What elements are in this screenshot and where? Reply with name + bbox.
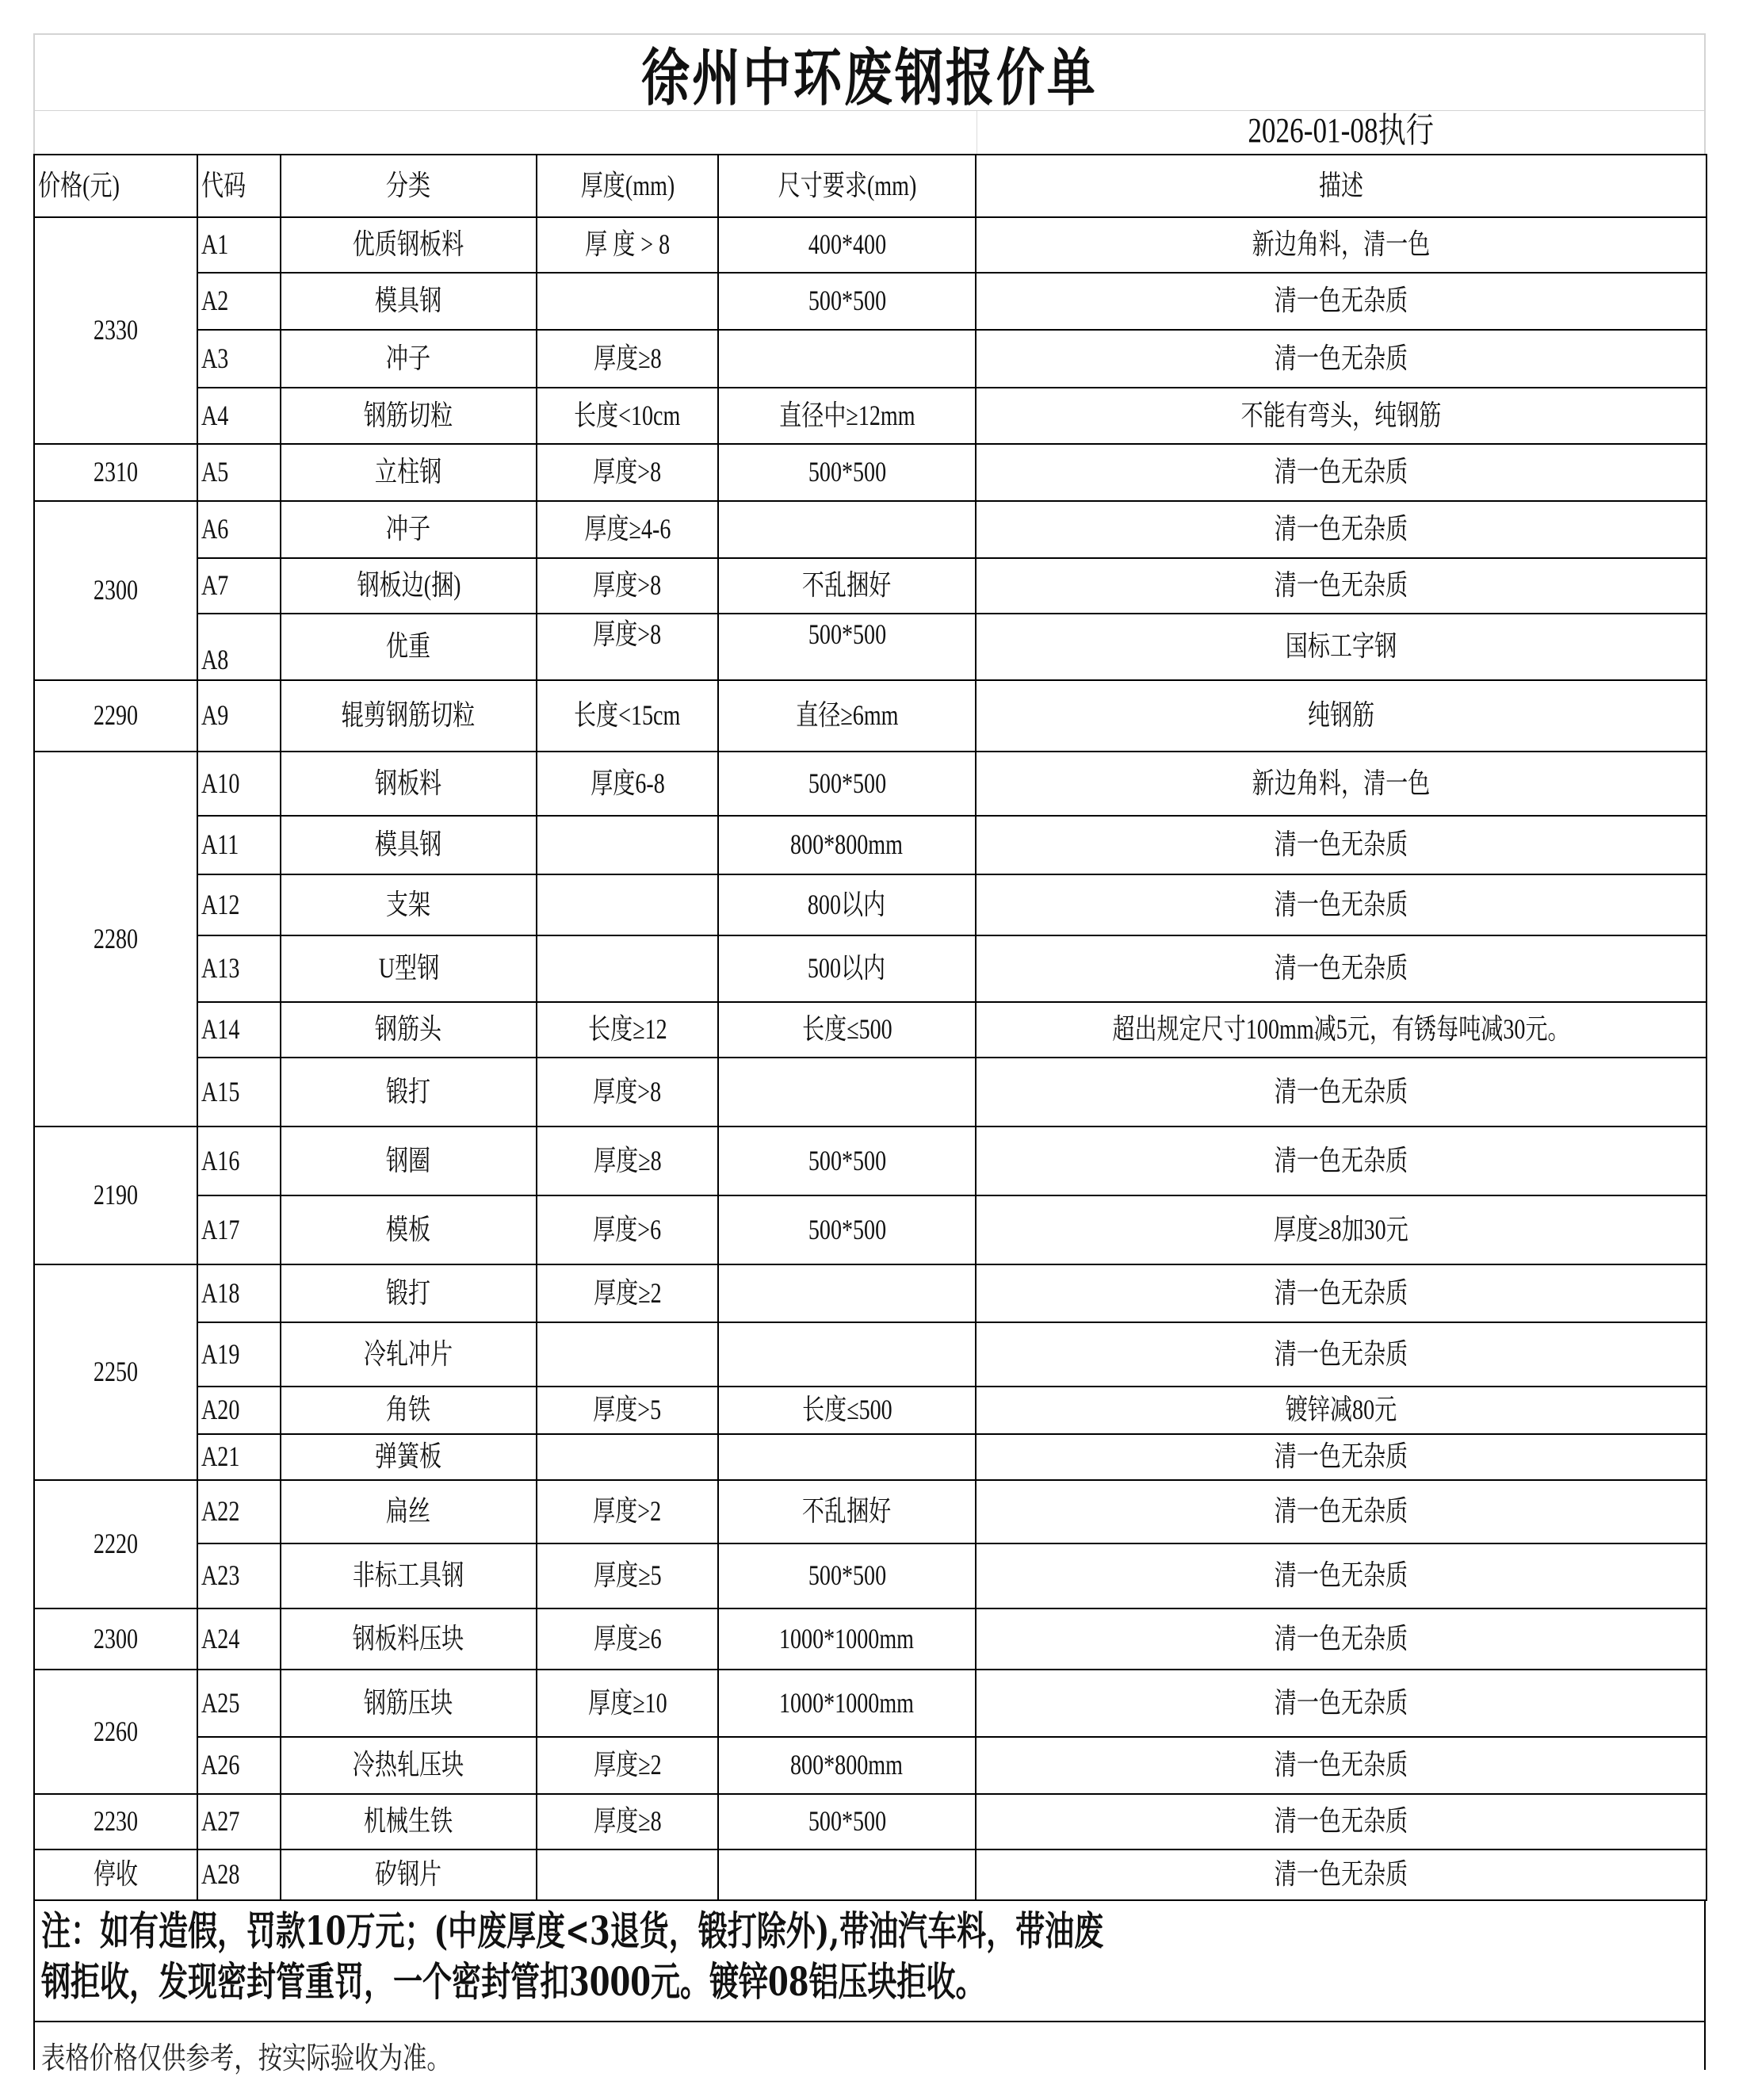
code-cell: A16 [197, 1127, 281, 1195]
description-cell: 清一色无杂质 [976, 816, 1707, 874]
description-cell: 清一色无杂质 [976, 558, 1707, 614]
price-sheet: 徐州中环废钢报价单 2026-01-08执行 价格(元) 代码 分类 厚度(mm… [33, 33, 1706, 2070]
description-cell: 清一色无杂质 [976, 1543, 1707, 1608]
size-cell [718, 1264, 976, 1322]
date-row: 2026-01-08执行 [33, 111, 1706, 154]
description-cell: 镀锌减80元 [976, 1387, 1707, 1434]
category-cell: 矽钢片 [281, 1849, 537, 1900]
code-cell: A1 [197, 217, 281, 273]
price-cell: 停收 [34, 1849, 197, 1900]
description-cell: 纯钢筋 [976, 680, 1707, 752]
size-cell [718, 330, 976, 388]
category-cell: 角铁 [281, 1387, 537, 1434]
size-cell [718, 1058, 976, 1127]
description-cell: 清一色无杂质 [976, 1127, 1707, 1195]
table-row: 2290A9辊剪钢筋切粒长度<15cm直径≥6mm纯钢筋 [34, 680, 1707, 752]
category-cell: 钢板边(捆) [281, 558, 537, 614]
thickness-cell: 厚度>8 [537, 444, 718, 501]
table-row: A4钢筋切粒长度<10cm直径中≥12mm不能有弯头，纯钢筋 [34, 388, 1707, 444]
table-row: A17模板厚度>6500*500厚度≥8加30元 [34, 1195, 1707, 1264]
description-cell: 清一色无杂质 [976, 1737, 1707, 1794]
code-cell: A19 [197, 1322, 281, 1387]
thickness-cell [537, 874, 718, 935]
thickness-cell: 厚度≥2 [537, 1264, 718, 1322]
size-cell: 不乱捆好 [718, 1480, 976, 1543]
thickness-cell: 厚度≥8 [537, 1127, 718, 1195]
category-cell: 锻打 [281, 1058, 537, 1127]
code-cell: A26 [197, 1737, 281, 1794]
description-cell: 清一色无杂质 [976, 1058, 1707, 1127]
date-row-right: 2026-01-08执行 [977, 111, 1704, 154]
description-cell: 不能有弯头，纯钢筋 [976, 388, 1707, 444]
size-cell [718, 501, 976, 558]
size-cell: 1000*1000mm [718, 1670, 976, 1737]
thickness-cell: 厚度≥8 [537, 1794, 718, 1849]
code-cell: A6 [197, 501, 281, 558]
price-cell: 2250 [34, 1264, 197, 1480]
footer-disclaimer: 表格价格仅供参考，按实际验收为准。 [41, 2033, 451, 2077]
price-cell: 2300 [34, 501, 197, 680]
size-cell: 500*500 [718, 1794, 976, 1849]
date-row-blank [35, 111, 977, 154]
code-cell: A23 [197, 1543, 281, 1608]
code-cell: A17 [197, 1195, 281, 1264]
description-cell: 清一色无杂质 [976, 1434, 1707, 1480]
price-cell: 2230 [34, 1794, 197, 1849]
code-cell: A13 [197, 935, 281, 1002]
description-cell: 清一色无杂质 [976, 501, 1707, 558]
header-description: 描述 [976, 155, 1707, 217]
price-cell: 2260 [34, 1670, 197, 1794]
header-thickness: 厚度(mm) [537, 155, 718, 217]
size-cell [718, 1322, 976, 1387]
table-row: A8优重厚度>8500*500国标工字钢 [34, 614, 1707, 680]
price-table-body: 价格(元) 代码 分类 厚度(mm) 尺寸要求(mm) 描述 2330A1优质钢… [34, 155, 1707, 1900]
page-title: 徐州中环废钢报价单 [641, 29, 1098, 117]
table-row: 2190A16钢圈厚度≥8500*500清一色无杂质 [34, 1127, 1707, 1195]
code-cell: A21 [197, 1434, 281, 1480]
thickness-cell: 厚 度 > 8 [537, 217, 718, 273]
category-cell: 模具钢 [281, 273, 537, 330]
table-row: A26冷热轧压块厚度≥2800*800mm清一色无杂质 [34, 1737, 1707, 1794]
thickness-cell [537, 273, 718, 330]
size-cell: 500*500 [718, 444, 976, 501]
size-cell: 500*500 [718, 1543, 976, 1608]
size-cell: 800*800mm [718, 1737, 976, 1794]
thickness-cell: 厚度≥4-6 [537, 501, 718, 558]
category-cell: 钢筋压块 [281, 1670, 537, 1737]
table-header-row: 价格(元) 代码 分类 厚度(mm) 尺寸要求(mm) 描述 [34, 155, 1707, 217]
category-cell: 钢板料 [281, 752, 537, 816]
code-cell: A22 [197, 1480, 281, 1543]
description-cell: 新边角料，清一色 [976, 217, 1707, 273]
description-cell: 清一色无杂质 [976, 1608, 1707, 1670]
category-cell: 钢圈 [281, 1127, 537, 1195]
table-row: 2330A1优质钢板料厚 度 > 8400*400新边角料，清一色 [34, 217, 1707, 273]
header-price: 价格(元) [34, 155, 197, 217]
description-cell: 清一色无杂质 [976, 935, 1707, 1002]
size-cell: 800*800mm [718, 816, 976, 874]
price-cell: 2290 [34, 680, 197, 752]
table-row: A20角铁厚度>5长度≤500镀锌减80元 [34, 1387, 1707, 1434]
table-row: A23非标工具钢厚度≥5500*500清一色无杂质 [34, 1543, 1707, 1608]
thickness-cell: 厚度>5 [537, 1387, 718, 1434]
thickness-cell: 厚度>8 [537, 614, 718, 680]
code-cell: A15 [197, 1058, 281, 1127]
thickness-cell: 厚度≥10 [537, 1670, 718, 1737]
category-cell: 扁丝 [281, 1480, 537, 1543]
description-cell: 厚度≥8加30元 [976, 1195, 1707, 1264]
table-row: A15锻打厚度>8清一色无杂质 [34, 1058, 1707, 1127]
category-cell: 钢板料压块 [281, 1608, 537, 1670]
size-cell [718, 1434, 976, 1480]
table-row: A13U型钢500以内清一色无杂质 [34, 935, 1707, 1002]
category-cell: 锻打 [281, 1264, 537, 1322]
thickness-cell: 厚度≥5 [537, 1543, 718, 1608]
size-cell: 800以内 [718, 874, 976, 935]
table-row: A21弹簧板清一色无杂质 [34, 1434, 1707, 1480]
description-cell: 清一色无杂质 [976, 1322, 1707, 1387]
table-row: A2模具钢500*500清一色无杂质 [34, 273, 1707, 330]
price-cell: 2190 [34, 1127, 197, 1264]
thickness-cell: 厚度≥2 [537, 1737, 718, 1794]
description-cell: 清一色无杂质 [976, 1480, 1707, 1543]
thickness-cell: 厚度≥8 [537, 330, 718, 388]
category-cell: 弹簧板 [281, 1434, 537, 1480]
thickness-cell: 长度<10cm [537, 388, 718, 444]
header-code: 代码 [197, 155, 281, 217]
table-row: 停收A28矽钢片清一色无杂质 [34, 1849, 1707, 1900]
category-cell: 机械生铁 [281, 1794, 537, 1849]
table-row: 2310A5立柱钢厚度>8500*500清一色无杂质 [34, 444, 1707, 501]
thickness-cell: 厚度6-8 [537, 752, 718, 816]
price-cell: 2280 [34, 752, 197, 1127]
size-cell: 500*500 [718, 1127, 976, 1195]
thickness-cell [537, 816, 718, 874]
size-cell: 长度≤500 [718, 1387, 976, 1434]
description-cell: 清一色无杂质 [976, 273, 1707, 330]
note-box: 注：如有造假，罚款10万元；(中废厚度<3退货，锻打除外),带油汽车料，带油废 … [33, 1901, 1706, 2022]
table-row: A12支架800以内清一色无杂质 [34, 874, 1707, 935]
code-cell: A2 [197, 273, 281, 330]
category-cell: 辊剪钢筋切粒 [281, 680, 537, 752]
description-cell: 清一色无杂质 [976, 874, 1707, 935]
category-cell: 钢筋切粒 [281, 388, 537, 444]
category-cell: 优质钢板料 [281, 217, 537, 273]
size-cell: 直径中≥12mm [718, 388, 976, 444]
description-cell: 清一色无杂质 [976, 330, 1707, 388]
price-cell: 2310 [34, 444, 197, 501]
code-cell: A11 [197, 816, 281, 874]
header-category: 分类 [281, 155, 537, 217]
category-cell: 立柱钢 [281, 444, 537, 501]
code-cell: A10 [197, 752, 281, 816]
description-cell: 清一色无杂质 [976, 1794, 1707, 1849]
size-cell: 1000*1000mm [718, 1608, 976, 1670]
category-cell: U型钢 [281, 935, 537, 1002]
code-cell: A20 [197, 1387, 281, 1434]
code-cell: A3 [197, 330, 281, 388]
code-cell: A18 [197, 1264, 281, 1322]
table-row: 2280A10钢板料厚度6-8500*500新边角料，清一色 [34, 752, 1707, 816]
table-row: 2250A18锻打厚度≥2清一色无杂质 [34, 1264, 1707, 1322]
category-cell: 冷热轧压块 [281, 1737, 537, 1794]
thickness-cell [537, 1434, 718, 1480]
size-cell: 不乱捆好 [718, 558, 976, 614]
table-row: A14钢筋头长度≥12长度≤500超出规定尺寸100mm减5元，有锈每吨减30元… [34, 1002, 1707, 1058]
size-cell: 直径≥6mm [718, 680, 976, 752]
code-cell: A25 [197, 1670, 281, 1737]
thickness-cell: 长度<15cm [537, 680, 718, 752]
thickness-cell [537, 935, 718, 1002]
table-row: 2260A25钢筋压块厚度≥101000*1000mm清一色无杂质 [34, 1670, 1707, 1737]
code-cell: A14 [197, 1002, 281, 1058]
description-cell: 国标工字钢 [976, 614, 1707, 680]
price-table: 价格(元) 代码 分类 厚度(mm) 尺寸要求(mm) 描述 2330A1优质钢… [33, 154, 1707, 1901]
code-cell: A27 [197, 1794, 281, 1849]
thickness-cell: 厚度>8 [537, 558, 718, 614]
code-cell: A4 [197, 388, 281, 444]
thickness-cell [537, 1849, 718, 1900]
size-cell: 500*500 [718, 614, 976, 680]
code-cell: A28 [197, 1849, 281, 1900]
note-line-2: 钢拒收，发现密封管重罚，一个密封管扣3000元。镀锌08铝压块拒收。 [41, 1957, 1267, 2007]
category-cell: 支架 [281, 874, 537, 935]
thickness-cell: 长度≥12 [537, 1002, 718, 1058]
category-cell: 冷轧冲片 [281, 1322, 537, 1387]
table-row: 2300A6冲子厚度≥4-6清一色无杂质 [34, 501, 1707, 558]
category-cell: 模板 [281, 1195, 537, 1264]
category-cell: 模具钢 [281, 816, 537, 874]
category-cell: 冲子 [281, 501, 537, 558]
description-cell: 超出规定尺寸100mm减5元，有锈每吨减30元。 [976, 1002, 1707, 1058]
size-cell: 500*500 [718, 752, 976, 816]
header-size: 尺寸要求(mm) [718, 155, 976, 217]
thickness-cell: 厚度≥6 [537, 1608, 718, 1670]
thickness-cell: 厚度>8 [537, 1058, 718, 1127]
size-cell [718, 1849, 976, 1900]
code-cell: A9 [197, 680, 281, 752]
code-cell: A7 [197, 558, 281, 614]
category-cell: 冲子 [281, 330, 537, 388]
size-cell: 长度≤500 [718, 1002, 976, 1058]
size-cell: 500*500 [718, 273, 976, 330]
code-cell: A5 [197, 444, 281, 501]
table-row: 2220A22扁丝厚度>2不乱捆好清一色无杂质 [34, 1480, 1707, 1543]
table-row: A19冷轧冲片清一色无杂质 [34, 1322, 1707, 1387]
thickness-cell: 厚度>6 [537, 1195, 718, 1264]
table-row: A3冲子厚度≥8清一色无杂质 [34, 330, 1707, 388]
price-cell: 2220 [34, 1480, 197, 1608]
table-row: 2230A27机械生铁厚度≥8500*500清一色无杂质 [34, 1794, 1707, 1849]
category-cell: 非标工具钢 [281, 1543, 537, 1608]
description-cell: 清一色无杂质 [976, 1849, 1707, 1900]
description-cell: 清一色无杂质 [976, 1264, 1707, 1322]
thickness-cell: 厚度>2 [537, 1480, 718, 1543]
code-cell: A8 [197, 614, 281, 680]
description-cell: 清一色无杂质 [976, 1670, 1707, 1737]
code-cell: A12 [197, 874, 281, 935]
effective-date: 2026-01-08执行 [1248, 101, 1434, 152]
size-cell: 500以内 [718, 935, 976, 1002]
size-cell: 500*500 [718, 1195, 976, 1264]
price-cell: 2300 [34, 1608, 197, 1670]
code-cell: A24 [197, 1608, 281, 1670]
description-cell: 清一色无杂质 [976, 444, 1707, 501]
description-cell: 新边角料，清一色 [976, 752, 1707, 816]
footer: 表格价格仅供参考，按实际验收为准。 [33, 2022, 1706, 2070]
price-cell: 2330 [34, 217, 197, 444]
size-cell: 400*400 [718, 217, 976, 273]
thickness-cell [537, 1322, 718, 1387]
category-cell: 钢筋头 [281, 1002, 537, 1058]
title-row: 徐州中环废钢报价单 [33, 33, 1706, 111]
note-line-1: 注：如有造假，罚款10万元；(中废厚度<3退货，锻打除外),带油汽车料，带油废 [41, 1906, 1267, 1957]
table-row: A11模具钢800*800mm清一色无杂质 [34, 816, 1707, 874]
table-row: 2300A24钢板料压块厚度≥61000*1000mm清一色无杂质 [34, 1608, 1707, 1670]
table-row: A7钢板边(捆)厚度>8不乱捆好清一色无杂质 [34, 558, 1707, 614]
category-cell: 优重 [281, 614, 537, 680]
